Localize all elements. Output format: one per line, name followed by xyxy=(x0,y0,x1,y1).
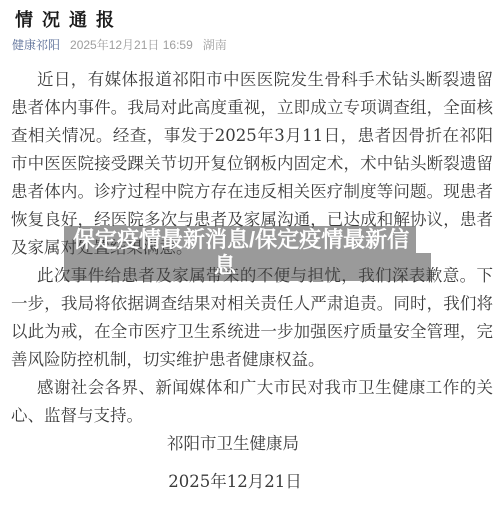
article-body: 近日，有媒体报道祁阳市中医医院发生骨科手术钻头断裂遗留患者体内事件。我局对此高度… xyxy=(11,66,493,496)
signature-date: 2025年12月21日 xyxy=(11,468,493,496)
publish-datetime: 2025年12月21日 16:59 xyxy=(70,38,193,52)
account-name-link[interactable]: 健康祁阳 xyxy=(12,38,60,52)
publish-location: 湖南 xyxy=(203,38,227,52)
ad-overlay-line1[interactable]: 保定疫情最新消息/保定疫情最新信 xyxy=(64,226,416,253)
article-page: 情 况 通 报 健康祁阳2025年12月21日 16:59湖南 近日，有媒体报道… xyxy=(0,0,500,505)
paragraph-thanks: 感谢社会各界、新闻媒体和广大市民对我市卫生健康工作的关心、监督与支持。 xyxy=(11,374,493,430)
signature-agency: 祁阳市卫生健康局 xyxy=(11,430,493,458)
article-meta: 健康祁阳2025年12月21日 16:59湖南 xyxy=(12,36,227,53)
page-title: 情 况 通 报 xyxy=(15,6,116,32)
ad-overlay-line2[interactable]: 息 xyxy=(64,253,431,281)
